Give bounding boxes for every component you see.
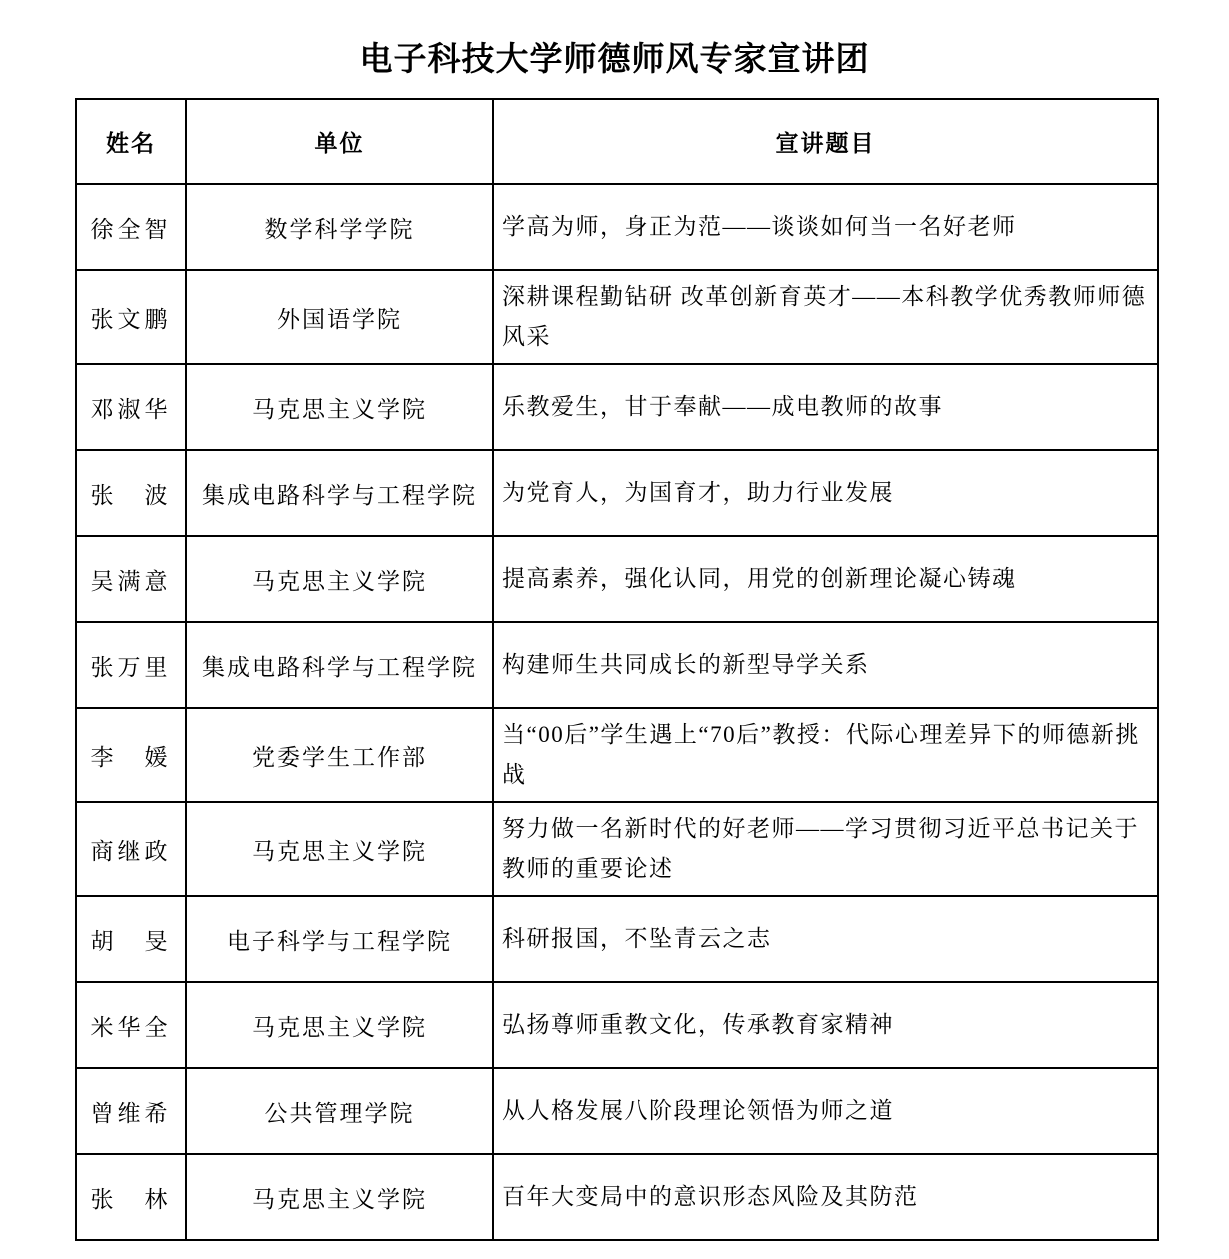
name-cell: 商继政 (76, 802, 186, 896)
unit-cell: 外国语学院 (186, 270, 493, 364)
topic-cell: 学高为师，身正为范——谈谈如何当一名好老师 (493, 184, 1158, 270)
document-page: 电子科技大学师德师风专家宣讲团 姓名 单位 宣讲题目 徐全智 数学科学学院 学高… (0, 0, 1229, 1259)
name-cell: 吴满意 (76, 536, 186, 622)
topic-cell: 提高素养，强化认同，用党的创新理论凝心铸魂 (493, 536, 1158, 622)
table-row: 胡 旻 电子科学与工程学院 科研报国，不坠青云之志 (76, 896, 1158, 982)
table-row: 邓淑华 马克思主义学院 乐教爱生，甘于奉献——成电教师的故事 (76, 364, 1158, 450)
table-row: 米华全 马克思主义学院 弘扬尊师重教文化，传承教育家精神 (76, 982, 1158, 1068)
name-cell: 曾维希 (76, 1068, 186, 1154)
topic-cell: 当“00后”学生遇上“70后”教授：代际心理差异下的师德新挑战 (493, 708, 1158, 802)
name-cell: 徐全智 (76, 184, 186, 270)
unit-cell: 集成电路科学与工程学院 (186, 450, 493, 536)
unit-cell: 马克思主义学院 (186, 982, 493, 1068)
table-row: 李 媛 党委学生工作部 当“00后”学生遇上“70后”教授：代际心理差异下的师德… (76, 708, 1158, 802)
name-cell: 李 媛 (76, 708, 186, 802)
topic-cell: 乐教爱生，甘于奉献——成电教师的故事 (493, 364, 1158, 450)
table-row: 商继政 马克思主义学院 努力做一名新时代的好老师——学习贯彻习近平总书记关于教师… (76, 802, 1158, 896)
unit-cell: 电子科学与工程学院 (186, 896, 493, 982)
topic-cell: 努力做一名新时代的好老师——学习贯彻习近平总书记关于教师的重要论述 (493, 802, 1158, 896)
roster-table: 姓名 单位 宣讲题目 徐全智 数学科学学院 学高为师，身正为范——谈谈如何当一名… (75, 98, 1159, 1241)
table-row: 张文鹏 外国语学院 深耕课程勤钻研 改革创新育英才——本科教学优秀教师师德风采 (76, 270, 1158, 364)
unit-cell: 数学科学学院 (186, 184, 493, 270)
col-header-topic: 宣讲题目 (493, 99, 1158, 184)
name-cell: 米华全 (76, 982, 186, 1068)
table-header: 姓名 单位 宣讲题目 (76, 99, 1158, 184)
table-row: 张万里 集成电路科学与工程学院 构建师生共同成长的新型导学关系 (76, 622, 1158, 708)
unit-cell: 公共管理学院 (186, 1068, 493, 1154)
col-header-unit: 单位 (186, 99, 493, 184)
table-row: 徐全智 数学科学学院 学高为师，身正为范——谈谈如何当一名好老师 (76, 184, 1158, 270)
name-cell: 胡 旻 (76, 896, 186, 982)
topic-cell: 构建师生共同成长的新型导学关系 (493, 622, 1158, 708)
topic-cell: 为党育人，为国育才，助力行业发展 (493, 450, 1158, 536)
unit-cell: 马克思主义学院 (186, 364, 493, 450)
topic-cell: 从人格发展八阶段理论领悟为师之道 (493, 1068, 1158, 1154)
table-row: 曾维希 公共管理学院 从人格发展八阶段理论领悟为师之道 (76, 1068, 1158, 1154)
name-cell: 张万里 (76, 622, 186, 708)
topic-cell: 科研报国，不坠青云之志 (493, 896, 1158, 982)
topic-cell: 深耕课程勤钻研 改革创新育英才——本科教学优秀教师师德风采 (493, 270, 1158, 364)
topic-cell: 弘扬尊师重教文化，传承教育家精神 (493, 982, 1158, 1068)
unit-cell: 党委学生工作部 (186, 708, 493, 802)
unit-cell: 马克思主义学院 (186, 802, 493, 896)
header-row: 姓名 单位 宣讲题目 (76, 99, 1158, 184)
name-cell: 张 波 (76, 450, 186, 536)
name-cell: 张 林 (76, 1154, 186, 1240)
table-row: 张 波 集成电路科学与工程学院 为党育人，为国育才，助力行业发展 (76, 450, 1158, 536)
name-cell: 邓淑华 (76, 364, 186, 450)
unit-cell: 集成电路科学与工程学院 (186, 622, 493, 708)
unit-cell: 马克思主义学院 (186, 536, 493, 622)
table-row: 张 林 马克思主义学院 百年大变局中的意识形态风险及其防范 (76, 1154, 1158, 1240)
name-cell: 张文鹏 (76, 270, 186, 364)
table-body: 徐全智 数学科学学院 学高为师，身正为范——谈谈如何当一名好老师 张文鹏 外国语… (76, 184, 1158, 1240)
page-title: 电子科技大学师德师风专家宣讲团 (0, 42, 1229, 78)
col-header-name: 姓名 (76, 99, 186, 184)
topic-cell: 百年大变局中的意识形态风险及其防范 (493, 1154, 1158, 1240)
unit-cell: 马克思主义学院 (186, 1154, 493, 1240)
table-row: 吴满意 马克思主义学院 提高素养，强化认同，用党的创新理论凝心铸魂 (76, 536, 1158, 622)
